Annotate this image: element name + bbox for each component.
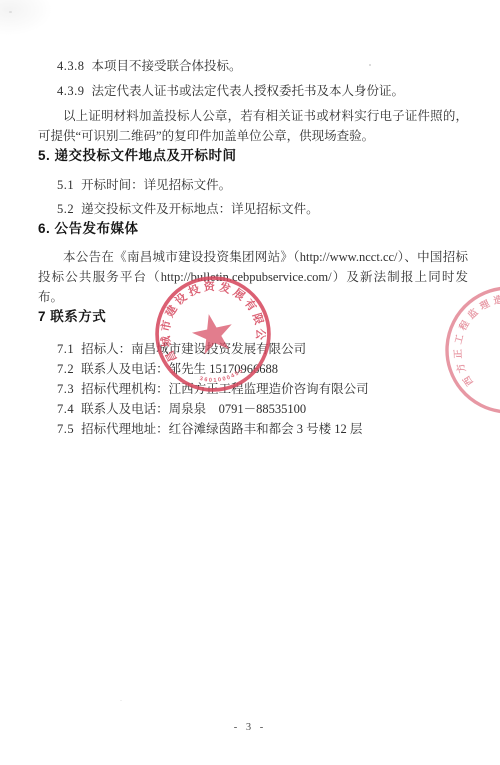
item-5-2: 5.2递交投标文件及开标地点：详见招标文件。 bbox=[38, 199, 468, 219]
item-text: 联系人及电话：周泉泉 0791－88535100 bbox=[81, 402, 306, 416]
contact-item-agency-address: 7.5招标代理地址：红谷滩绿茵路丰和都会 3 号楼 12 层 bbox=[38, 419, 468, 439]
item-number: 5.1 bbox=[57, 175, 74, 195]
document-content: 4.3.8本项目不接受联合体投标。 4.3.9法定代表人证书或法定代表人授权委托… bbox=[38, 56, 468, 439]
contact-item-contact-phone: 7.2联系人及电话：邹先生 15170966688 bbox=[38, 359, 468, 379]
item-number: 7.3 bbox=[57, 379, 74, 399]
item-text: 联系人及电话：邹先生 15170966688 bbox=[81, 362, 278, 376]
section-5-heading: 5. 递交投标文件地点及开标时间 bbox=[38, 146, 468, 166]
item-text: 开标时间：详见招标文件。 bbox=[81, 178, 231, 192]
contact-item-agency-phone: 7.4联系人及电话：周泉泉 0791－88535100 bbox=[38, 399, 468, 419]
item-number: 7.2 bbox=[57, 359, 74, 379]
scan-speck bbox=[120, 700, 122, 701]
scan-speck bbox=[9, 11, 12, 13]
item-text: 招标代理机构：江西方正工程监理造价咨询有限公司 bbox=[81, 382, 369, 396]
contact-item-agency: 7.3招标代理机构：江西方正工程监理造价咨询有限公司 bbox=[38, 379, 468, 399]
item-text: 递交投标文件及开标地点：详见招标文件。 bbox=[81, 202, 319, 216]
section-7-heading: 7 联系方式 bbox=[38, 307, 468, 327]
announcement-media-paragraph: 本公告在《南昌城市建设投资集团网站》（http://www.ncct.cc/）、… bbox=[38, 247, 468, 307]
clause-text: 法定代表人证书或法定代表人授权委托书及本人身份证。 bbox=[92, 84, 405, 98]
item-text: 招标代理地址：红谷滩绿茵路丰和都会 3 号楼 12 层 bbox=[81, 422, 362, 436]
item-number: 7.5 bbox=[57, 419, 74, 439]
certification-paragraph: 以上证明材料加盖投标人公章，若有相关证书或材料实行电子证件照的，可提供“可识别二… bbox=[38, 106, 468, 146]
clause-number: 4.3.8 bbox=[57, 56, 85, 76]
item-number: 7.4 bbox=[57, 399, 74, 419]
item-5-1: 5.1开标时间：详见招标文件。 bbox=[38, 175, 468, 195]
item-number: 7.1 bbox=[57, 339, 74, 359]
clause-number: 4.3.9 bbox=[57, 81, 85, 101]
section-5-items: 5.1开标时间：详见招标文件。 5.2递交投标文件及开标地点：详见招标文件。 bbox=[38, 175, 468, 219]
contact-item-tenderer: 7.1招标人：南昌城市建设投资发展有限公司 bbox=[38, 339, 468, 359]
contact-list: 7.1招标人：南昌城市建设投资发展有限公司 7.2联系人及电话：邹先生 1517… bbox=[38, 339, 468, 439]
clause-4-3-9: 4.3.9法定代表人证书或法定代表人授权委托书及本人身份证。 bbox=[38, 81, 468, 101]
document-page: 4.3.8本项目不接受联合体投标。 4.3.9法定代表人证书或法定代表人授权委托… bbox=[0, 0, 500, 765]
section-6-heading: 6. 公告发布媒体 bbox=[38, 219, 468, 239]
clause-4-3-8: 4.3.8本项目不接受联合体投标。 bbox=[38, 56, 468, 76]
item-number: 5.2 bbox=[57, 199, 74, 219]
scan-smudge bbox=[0, 0, 60, 40]
clause-text: 本项目不接受联合体投标。 bbox=[92, 59, 242, 73]
item-text: 招标人：南昌城市建设投资发展有限公司 bbox=[81, 342, 306, 356]
page-number: - 3 - bbox=[0, 722, 500, 733]
